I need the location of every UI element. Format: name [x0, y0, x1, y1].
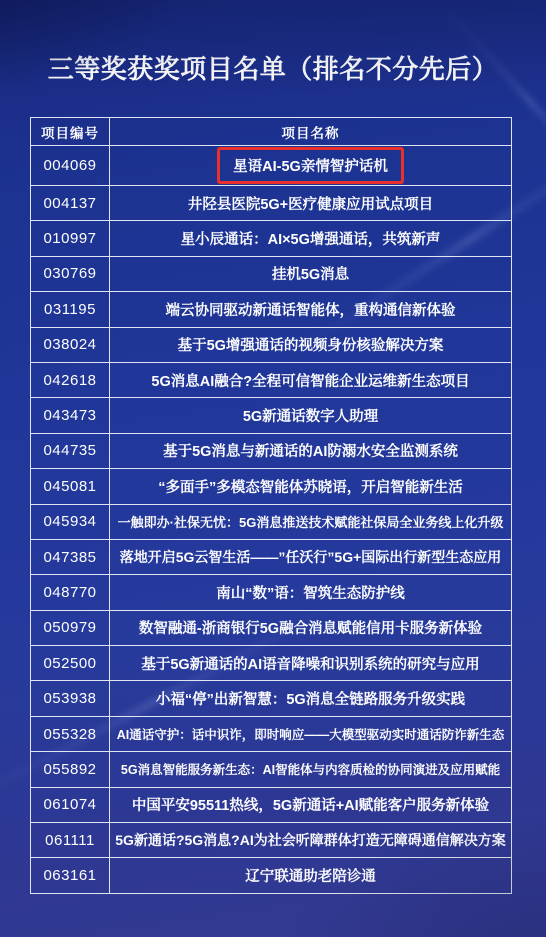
project-name-cell: 基于5G增强通话的视频身份核验解决方案 [109, 328, 511, 362]
table-row: 004137 井陉县医院5G+医疗健康应用试点项目 [31, 185, 511, 220]
project-id-cell: 010997 [31, 221, 109, 255]
project-id-cell: 048770 [31, 575, 109, 609]
project-id-cell: 050979 [31, 611, 109, 645]
table-header-row: 项目编号 项目名称 [31, 118, 511, 145]
table-row: 045081 “多面手”多模态智能体苏晓语，开启智能新生活 [31, 468, 511, 503]
award-poster: { "title": "三等奖获奖项目名单（排名不分先后）", "table":… [0, 0, 546, 937]
project-id-cell: 031195 [31, 292, 109, 326]
project-name-cell: 数智融通-浙商银行5G融合消息赋能信用卡服务新体验 [109, 611, 511, 645]
project-name-cell: “多面手”多模态智能体苏晓语，开启智能新生活 [109, 469, 511, 503]
project-name-cell: 井陉县医院5G+医疗健康应用试点项目 [109, 186, 511, 220]
table-row: 055328 AI通话守护：话中识诈，即时响应——大模型驱动实时通话防诈新生态 [31, 716, 511, 751]
table-row: 044735 基于5G消息与新通话的AI防溺水安全监测系统 [31, 433, 511, 468]
project-name-cell: 中国平安95511热线，5G新通话+AI赋能客户服务新体验 [109, 788, 511, 822]
project-name-cell: 星语AI-5G亲情智护话机 [109, 146, 511, 185]
project-id-cell: 043473 [31, 398, 109, 432]
project-name-text: 星小辰通话：AI×5G增强通话，共筑新声 [181, 228, 441, 249]
table-row: 063161 辽宁联通助老陪诊通 [31, 857, 511, 892]
project-name-text: 辽宁联通助老陪诊通 [245, 865, 376, 886]
project-name-text: 井陉县医院5G+医疗健康应用试点项目 [188, 193, 433, 214]
project-name-text: 5G新通话数字人助理 [243, 405, 378, 426]
project-id-cell: 055892 [31, 752, 109, 786]
project-name-cell: 小福“停”出新智慧：5G消息全链路服务升级实践 [109, 681, 511, 715]
project-name-text: 数智融通-浙商银行5G融合消息赋能信用卡服务新体验 [139, 617, 482, 638]
table-row: 050979 数智融通-浙商银行5G融合消息赋能信用卡服务新体验 [31, 610, 511, 645]
project-name-cell: 基于5G新通话的AI语音降噪和识别系统的研究与应用 [109, 646, 511, 680]
table-row: 055892 5G消息智能服务新生态：AI智能体与内容质检的协同演进及应用赋能 [31, 751, 511, 786]
project-id-cell: 045934 [31, 505, 109, 539]
table-row: 047385 落地开启5G云智生活——”任沃行”5G+国际出行新型生态应用 [31, 539, 511, 574]
table-row: 052500 基于5G新通话的AI语音降噪和识别系统的研究与应用 [31, 645, 511, 680]
table-row: 053938 小福“停”出新智慧：5G消息全链路服务升级实践 [31, 680, 511, 715]
project-name-text: 落地开启5G云智生活——”任沃行”5G+国际出行新型生态应用 [120, 547, 502, 567]
project-id-cell: 063161 [31, 858, 109, 892]
project-name-text: 挂机5G消息 [272, 263, 349, 284]
table-row: 045934 一触即办·社保无忧：5G消息推送技术赋能社保局全业务线上化升级 [31, 504, 511, 539]
project-name-text: 基于5G新通话的AI语音降噪和识别系统的研究与应用 [141, 653, 479, 674]
project-name-text: 基于5G消息与新通话的AI防溺水安全监测系统 [163, 440, 458, 461]
project-id-cell: 052500 [31, 646, 109, 680]
table-row: 031195 端云协同驱动新通话智能体，重构通信新体验 [31, 291, 511, 326]
project-name-text: AI通话守护：话中识诈，即时响应——大模型驱动实时通话防诈新生态 [117, 725, 505, 743]
project-name-text: 端云协同驱动新通话智能体，重构通信新体验 [166, 299, 456, 320]
project-id-cell: 055328 [31, 717, 109, 751]
project-name-cell: 5G新通话数字人助理 [109, 398, 511, 432]
project-id-cell: 030769 [31, 257, 109, 291]
project-name-text: 5G新通话?5G消息?AI为社会听障群体打造无障碍通信解决方案 [115, 830, 505, 850]
project-id-cell: 053938 [31, 681, 109, 715]
project-id-cell: 004069 [31, 146, 109, 185]
table-row: 048770 南山“数”语：智筑生态防护线 [31, 574, 511, 609]
table-row: 043473 5G新通话数字人助理 [31, 397, 511, 432]
project-name-text: 5G消息AI融合?全程可信智能企业运维新生态项目 [151, 370, 469, 391]
project-id-cell: 004137 [31, 186, 109, 220]
project-id-cell: 038024 [31, 328, 109, 362]
project-name-cell: 端云协同驱动新通话智能体，重构通信新体验 [109, 292, 511, 326]
project-name-cell: 5G消息AI融合?全程可信智能企业运维新生态项目 [109, 363, 511, 397]
project-id-cell: 061111 [31, 823, 109, 857]
table-row: 004069 星语AI-5G亲情智护话机 [31, 145, 511, 185]
project-name-cell: 南山“数”语：智筑生态防护线 [109, 575, 511, 609]
project-id-cell: 045081 [31, 469, 109, 503]
award-table: 项目编号 项目名称 004069 星语AI-5G亲情智护话机 004137 井陉… [30, 117, 512, 894]
project-id-cell: 042618 [31, 363, 109, 397]
project-id-cell: 061074 [31, 788, 109, 822]
project-name-text: 基于5G增强通话的视频身份核验解决方案 [178, 334, 444, 355]
project-id-cell: 047385 [31, 540, 109, 574]
table-row: 061074 中国平安95511热线，5G新通话+AI赋能客户服务新体验 [31, 787, 511, 822]
project-name-text: 中国平安95511热线，5G新通话+AI赋能客户服务新体验 [132, 794, 489, 815]
project-name-text: 南山“数”语：智筑生态防护线 [216, 582, 405, 603]
project-name-cell: 落地开启5G云智生活——”任沃行”5G+国际出行新型生态应用 [109, 540, 511, 574]
page-title: 三等奖获奖项目名单（排名不分先后） [0, 49, 546, 86]
project-name-cell: 5G消息智能服务新生态：AI智能体与内容质检的协同演进及应用赋能 [109, 752, 511, 786]
project-name-cell: 5G新通话?5G消息?AI为社会听障群体打造无障碍通信解决方案 [109, 823, 511, 857]
table-row: 030769 挂机5G消息 [31, 256, 511, 291]
project-name-text: 一触即办·社保无忧：5G消息推送技术赋能社保局全业务线上化升级 [118, 512, 504, 531]
project-name-text: 小福“停”出新智慧：5G消息全链路服务升级实践 [156, 688, 465, 709]
project-name-text: 5G消息智能服务新生态：AI智能体与内容质检的协同演进及应用赋能 [121, 760, 500, 778]
project-name-cell: 星小辰通话：AI×5G增强通话，共筑新声 [109, 221, 511, 255]
project-name-cell: 挂机5G消息 [109, 257, 511, 291]
project-name-text: “多面手”多模态智能体苏晓语，开启智能新生活 [158, 476, 463, 497]
project-name-cell: 一触即办·社保无忧：5G消息推送技术赋能社保局全业务线上化升级 [109, 505, 511, 539]
table-row: 010997 星小辰通话：AI×5G增强通话，共筑新声 [31, 220, 511, 255]
table-row: 061111 5G新通话?5G消息?AI为社会听障群体打造无障碍通信解决方案 [31, 822, 511, 857]
table-row: 038024 基于5G增强通话的视频身份核验解决方案 [31, 327, 511, 362]
header-project-name: 项目名称 [109, 118, 511, 145]
project-id-cell: 044735 [31, 434, 109, 468]
highlight-box: 星语AI-5G亲情智护话机 [217, 147, 404, 184]
project-name-cell: 辽宁联通助老陪诊通 [109, 858, 511, 892]
table-row: 042618 5G消息AI融合?全程可信智能企业运维新生态项目 [31, 362, 511, 397]
project-name-cell: AI通话守护：话中识诈，即时响应——大模型驱动实时通话防诈新生态 [109, 717, 511, 751]
project-name-cell: 基于5G消息与新通话的AI防溺水安全监测系统 [109, 434, 511, 468]
header-project-id: 项目编号 [31, 118, 109, 145]
